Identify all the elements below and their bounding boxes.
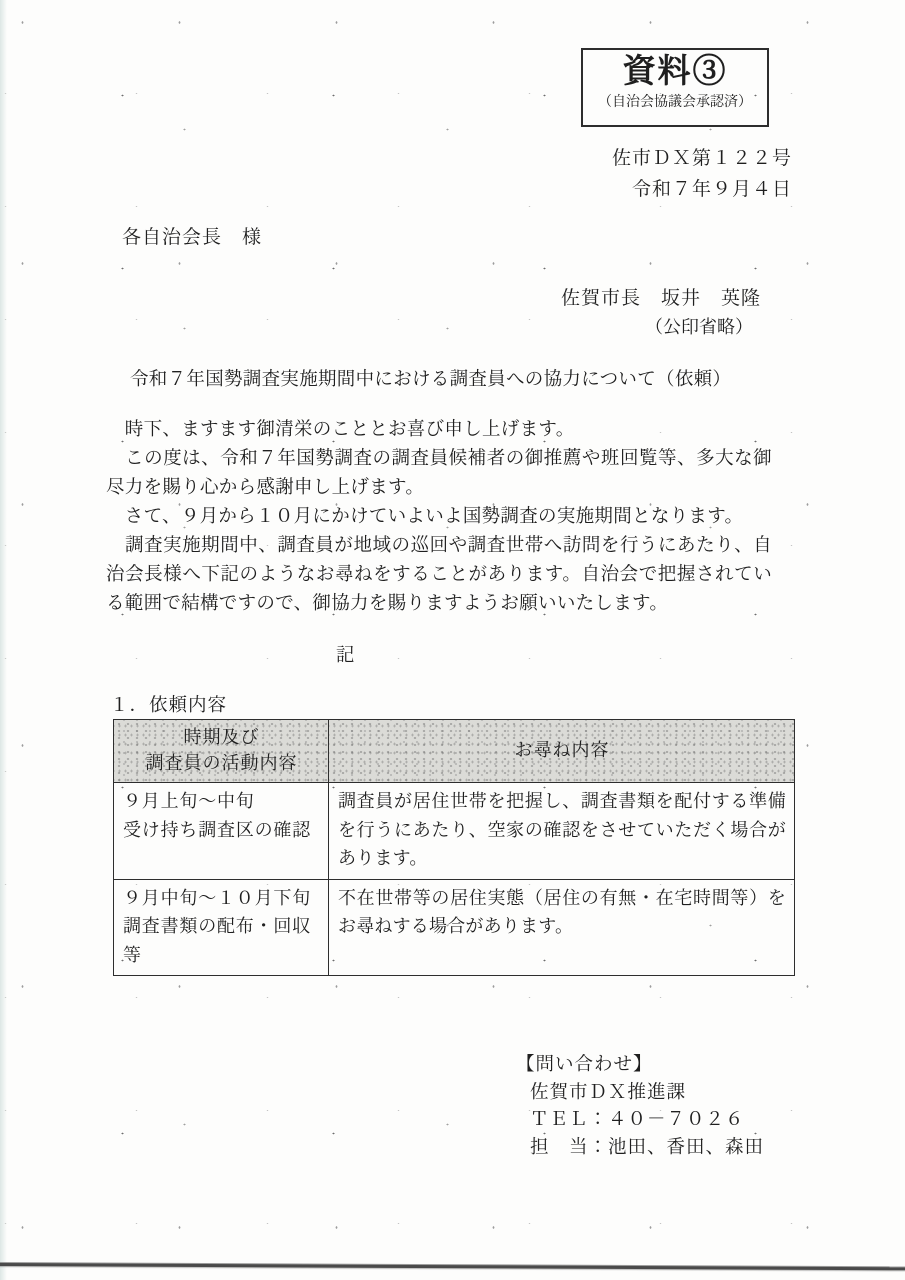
paragraph: 時下、ますます御清栄のこととお喜び申し上げます。 [106,416,772,445]
column-header-inquiry: お尋ね内容 [329,720,795,783]
contact-block: 【問い合わせ】 佐賀市ＤＸ推進課 ＴＥＬ：４０－７０２６ 担 当：池田、香田、森… [516,1052,764,1162]
document-meta: 佐市ＤＸ第１２２号 令和７年９月４日 [400,143,792,205]
record-mark: 記 [336,641,356,667]
attachment-stamp-box: 資料③ （自治会協議会承認済） [581,48,769,127]
column-header-period-line1: 時期及び [123,724,320,750]
table-row: ９月上旬～中旬 受け持ち調査区の確認 調査員が居住世帯を把握し、調査書類を配付す… [114,783,795,880]
scanned-letter-page: 資料③ （自治会協議会承認済） 佐市ＤＸ第１２２号 令和７年９月４日 各自治会長… [0,0,905,1280]
row1-inquiry-cell: 調査員が居住世帯を把握し、調査書類を配付する準備を行うにあたり、空家の確認をさせ… [329,783,795,880]
column-header-period-line2: 調査員の活動内容 [123,750,320,776]
document-date: 令和７年９月４日 [400,174,792,205]
scanner-edge-strip [0,0,7,1280]
paragraph: さて、９月から１０月にかけていよいよ国勢調査の実施期間となります。 [106,503,772,532]
row1-period-cell: ９月上旬～中旬 受け持ち調査区の確認 [114,783,329,880]
request-table: 時期及び 調査員の活動内容 お尋ね内容 ９月上旬～中旬 受け持ち調査区の確認 調… [113,719,795,976]
document-number: 佐市ＤＸ第１２２号 [400,143,792,174]
row2-period-line2: 調査書類の配布・回収等 [123,912,320,969]
table-row: ９月中旬～１０月下旬 調査書類の配布・回収等 不在世帯等の居住実態（居住の有無・… [114,879,795,976]
attachment-number: 資料③ [583,50,767,94]
row1-period-line1: ９月上旬～中旬 [123,787,320,816]
contact-department: 佐賀市ＤＸ推進課 [516,1080,764,1108]
contact-staff: 担 当：池田、香田、森田 [516,1135,764,1163]
contact-heading: 【問い合わせ】 [516,1052,764,1080]
row2-period-cell: ９月中旬～１０月下旬 調査書類の配布・回収等 [114,879,329,976]
approval-note: （自治会協議会承認済） [583,94,767,112]
paragraph: 調査実施期間中、調査員が地域の巡回や調査世帯へ訪問を行うにあたり、自治会長様へ下… [106,532,772,619]
section-heading: １．依頼内容 [110,691,227,717]
letter-body: 時下、ますます御清栄のこととお喜び申し上げます。 この度は、令和７年国勢調査の調… [106,416,772,619]
seal-omitted-note: （公印省略） [645,313,753,339]
row1-period-line2: 受け持ち調査区の確認 [123,816,320,845]
paragraph: この度は、令和７年国勢調査の調査員候補者の御推薦や班回覧等、多大な御尽力を賜り心… [106,445,772,503]
column-header-period: 時期及び 調査員の活動内容 [114,720,329,783]
contact-tel: ＴＥＬ：４０－７０２６ [516,1107,764,1135]
table-header-row: 時期及び 調査員の活動内容 お尋ね内容 [114,720,795,783]
subject-line: 令和７年国勢調査実施期間中における調査員への協力について（依頼） [130,365,731,391]
row2-inquiry-cell: 不在世帯等の居住実態（居住の有無・在宅時間等）をお尋ねする場合があります。 [329,879,795,976]
sender-name: 佐賀市長 坂井 英隆 [561,283,761,310]
addressee: 各自治会長 様 [122,222,262,249]
row2-period-line1: ９月中旬～１０月下旬 [123,884,320,913]
